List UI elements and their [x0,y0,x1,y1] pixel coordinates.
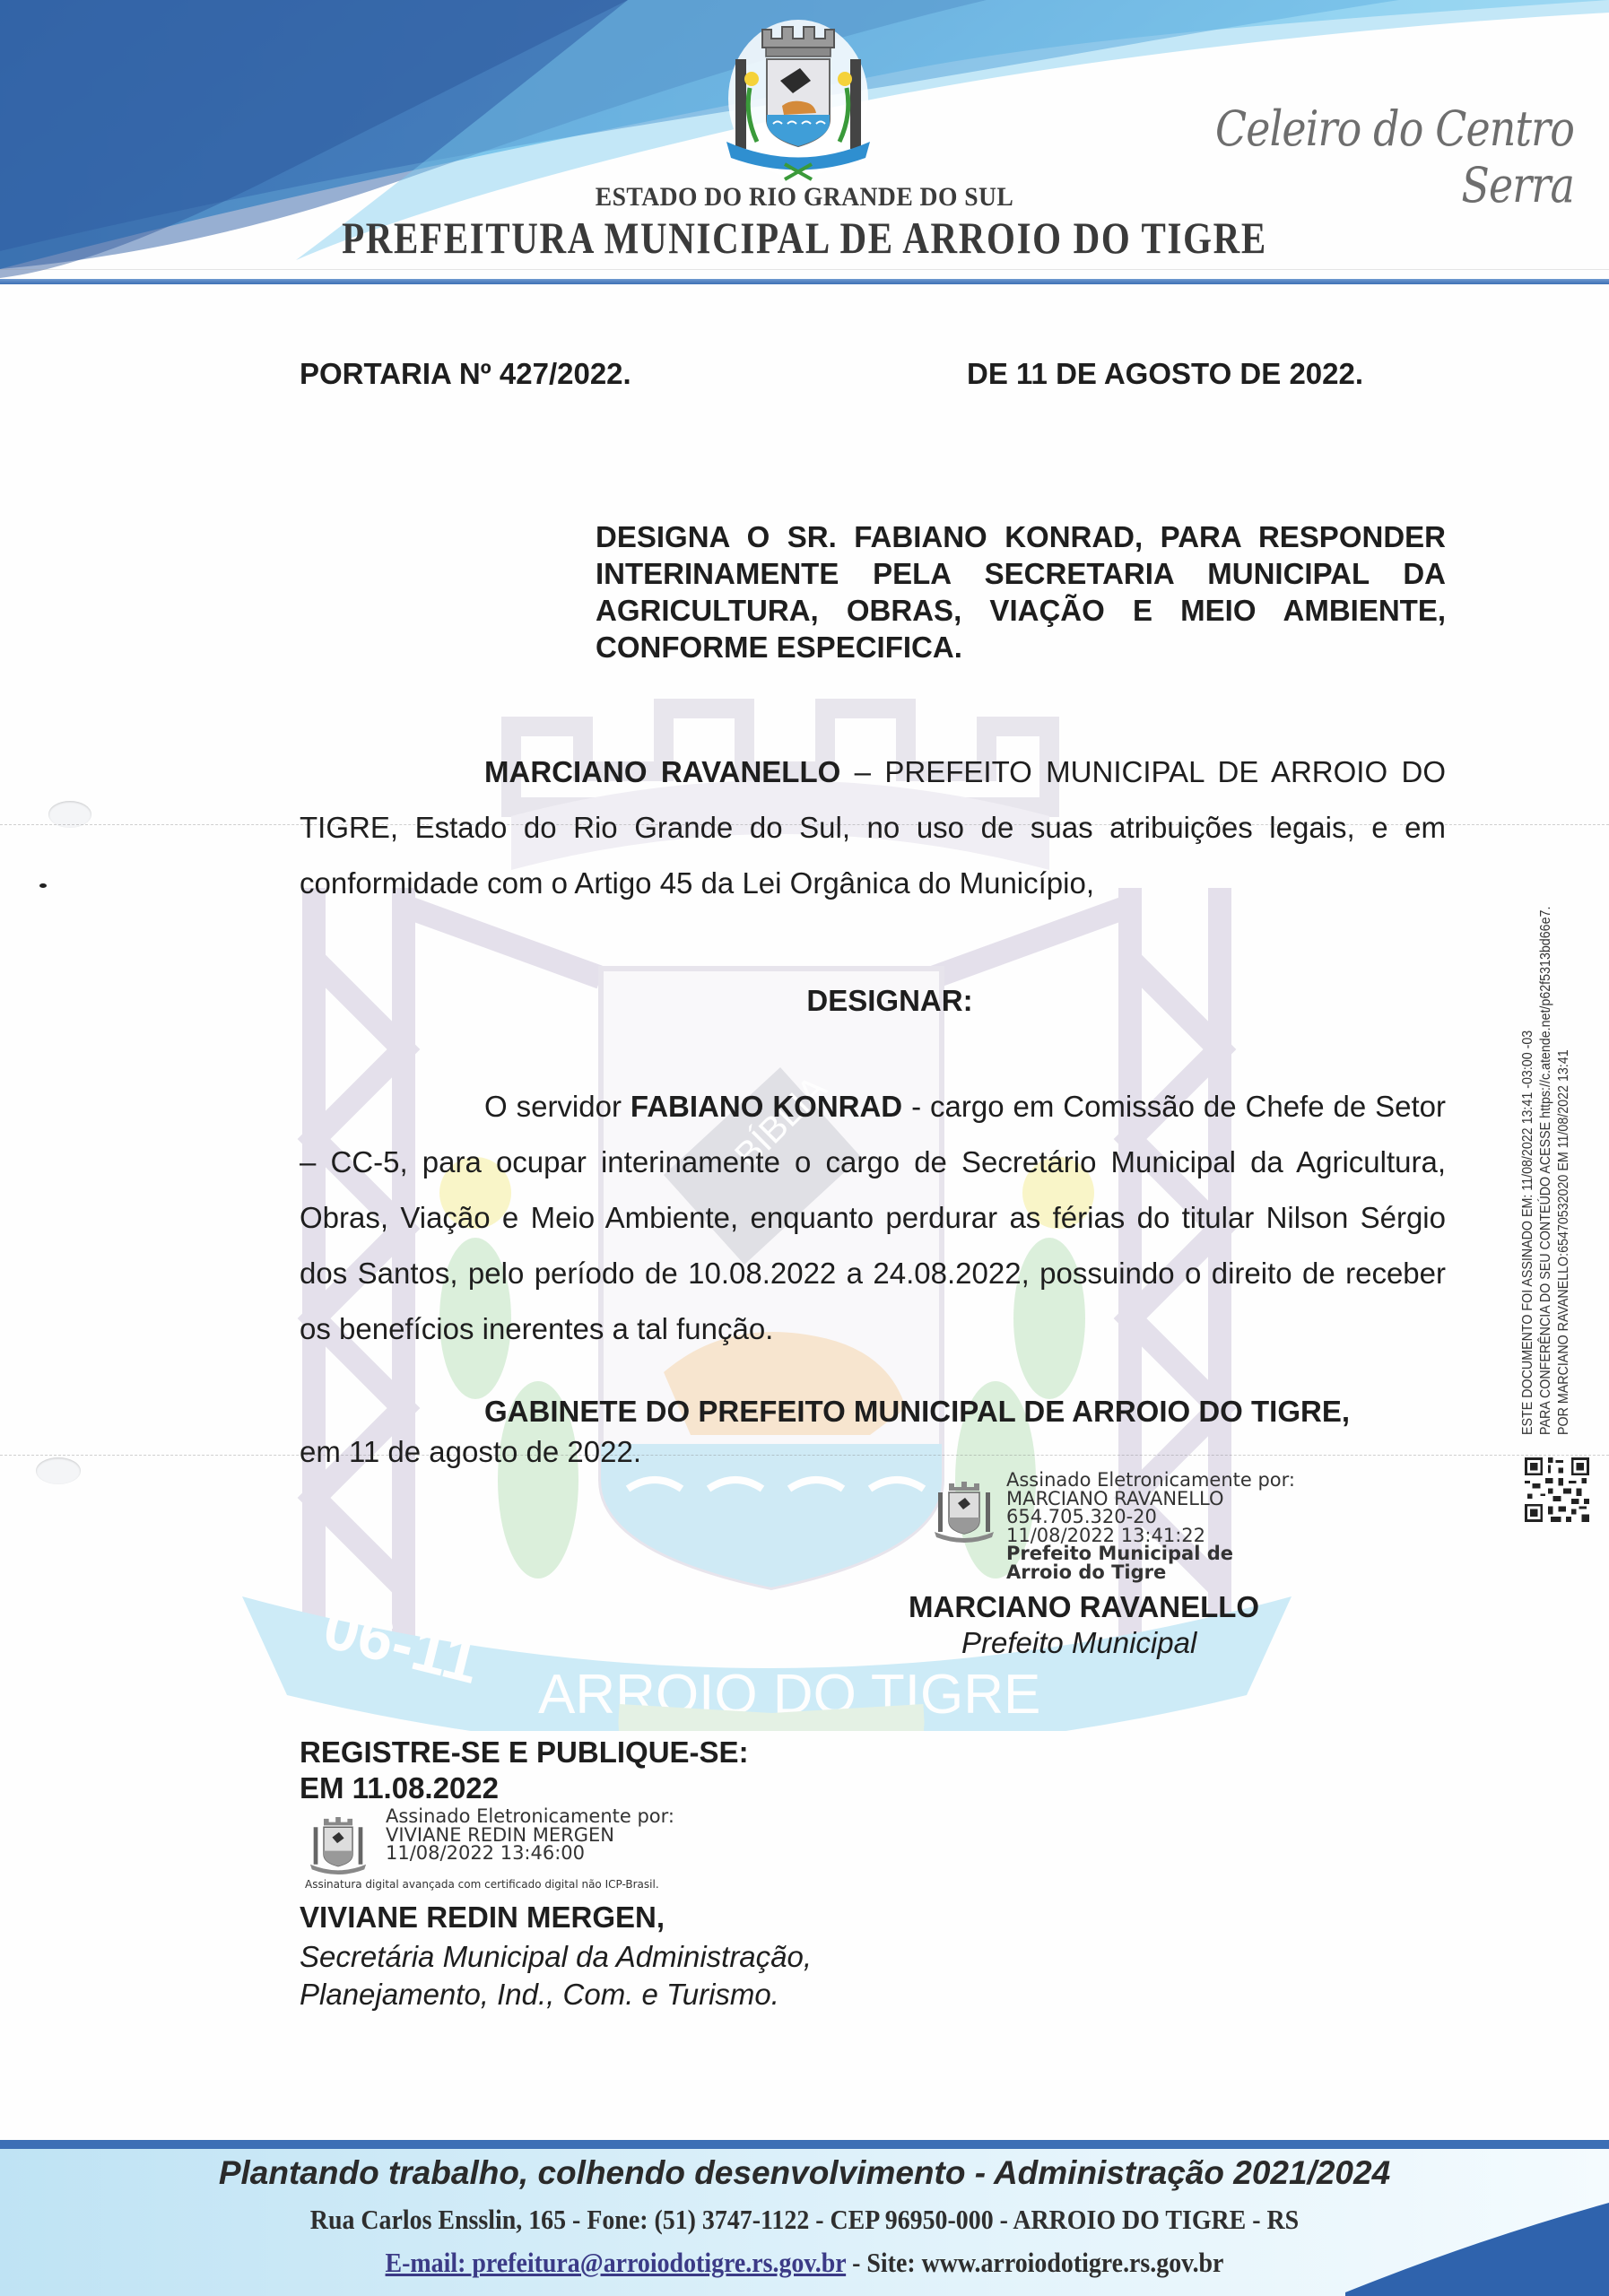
footer-site[interactable]: - Site: www.arroiodotigre.rs.gov.br [846,2247,1223,2278]
qr-code-icon[interactable] [1523,1457,1591,1522]
ink-speck [39,883,47,888]
closing-office: GABINETE DO PREFEITO MUNICIPAL DE ARROIO… [484,1395,1350,1428]
letterhead-municipality: PREFEITURA MUNICIPAL DE ARROIO DO TIGRE [144,212,1464,264]
stamp-line: Assinado Eletronicamente por: [1006,1471,1295,1490]
verification-stamp: ESTE DOCUMENTO FOI ASSINADO EM: 11/08/20… [1519,841,1573,1435]
stamp-line: Prefeito Municipal de [1006,1544,1295,1563]
designee-name: FABIANO KONRAD [631,1090,902,1123]
stamp-line: MARCIANO RAVANELLO [1006,1490,1295,1509]
preamble-name: MARCIANO RAVANELLO [484,755,840,788]
header-divider [0,279,1609,284]
stamp-line: 11/08/2022 13:46:00 [386,1844,674,1863]
punch-hole [36,1457,81,1484]
closing-date: em 11 de agosto de 2022. [300,1435,641,1468]
stamp-line: VIVIANE REDIN MERGEN [386,1826,674,1845]
stamp-line: 654.705.320-20 [1006,1508,1295,1526]
letterhead-state: ESTADO DO RIO GRANDE DO SUL [65,182,1544,213]
stamp-line: 11/08/2022 13:41:22 [1006,1526,1295,1545]
preamble-text: – PREFEITO MUNICIPAL DE ARROIO DO TIGRE,… [300,755,1446,900]
ementa: DESIGNA O SR. FABIANO KONRAD, PARA RESPO… [596,518,1446,665]
secretary-title-line: Secretária Municipal da Administração, [300,1938,812,1976]
stamp-line: Assinado Eletronicamente por: [386,1807,674,1826]
verification-line: ESTE DOCUMENTO FOI ASSINADO EM: 11/08/20… [1519,841,1537,1435]
municipal-coat-of-arms-icon [718,16,879,182]
portaria-date: DE 11 DE AGOSTO DE 2022. [967,357,1363,391]
preamble-paragraph: MARCIANO RAVANELLO – PREFEITO MUNICIPAL … [300,744,1446,911]
footer-contact: E-mail: prefeitura@arroiodotigre.rs.gov.… [81,2247,1529,2279]
secretary-name: VIVIANE REDIN MERGEN, [300,1900,665,1935]
mayor-signature-text: Assinado Eletronicamente por: MARCIANO R… [1006,1471,1295,1581]
article-lead: O servidor [484,1090,631,1123]
registry-date: EM 11.08.2022 [300,1770,749,1806]
portaria-number: PORTARIA Nº 427/2022. [300,357,631,391]
verification-line: PARA CONFERÊNCIA DO SEU CONTEÚDO ACESSE … [1537,841,1555,1435]
signature-crest-icon [309,1814,368,1877]
mayor-title: Prefeito Municipal [961,1626,1196,1660]
mayor-name: MARCIANO RAVANELLO [909,1590,1259,1624]
signature-note: Assinatura digital avançada com certific… [305,1878,735,1891]
registry-heading-text: REGISTRE-SE E PUBLIQUE-SE: [300,1735,749,1770]
footer-address: Rua Carlos Ensslin, 165 - Fone: (51) 374… [81,2204,1529,2236]
stamp-line: Arroio do Tigre [1006,1563,1295,1582]
footer-motto: Plantando trabalho, colhendo desenvolvim… [0,2154,1609,2192]
article-paragraph: O servidor FABIANO KONRAD - cargo em Com… [300,1079,1446,1357]
registry-heading: REGISTRE-SE E PUBLIQUE-SE: EM 11.08.2022 [300,1735,749,1806]
verification-line: POR MARCIANO RAVANELLO:65470532020 EM 11… [1555,841,1573,1435]
secretary-signature-text: Assinado Eletronicamente por: VIVIANE RE… [386,1807,674,1863]
closing-paragraph: GABINETE DO PREFEITO MUNICIPAL DE ARROIO… [300,1391,1446,1472]
secretary-title-line: Planejamento, Ind., Com. e Turismo. [300,1976,812,2013]
secretary-title: Secretária Municipal da Administração, P… [300,1938,812,2013]
footer-email-link[interactable]: E-mail: prefeitura@arroiodotigre.rs.gov.… [386,2247,847,2278]
article-text: - cargo em Comissão de Chefe de Setor – … [300,1090,1446,1345]
action-heading: DESIGNAR: [0,984,1609,1018]
signature-crest-icon [933,1480,996,1544]
